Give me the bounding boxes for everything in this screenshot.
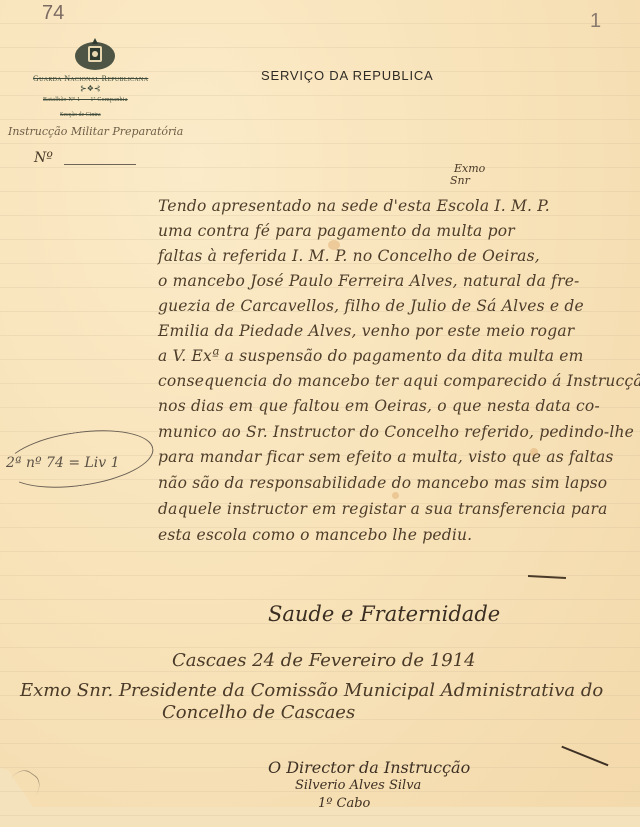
signature-title: O Director da Instrucção [268,758,470,777]
body-line: munico ao Sr. Instructor do Concelho ref… [158,423,634,441]
closing: Saude e Fraternidade [268,602,500,626]
letterhead-handwritten-override: Instrucção Militar Preparatória [8,125,183,138]
body-line: faltas à referida I. M. P. no Concelho d… [158,247,540,265]
body-line: consequencia do mancebo ter aqui compare… [158,372,640,390]
coat-of-arms-icon [72,36,118,74]
letterhead-organization: Guarda Nacional Republicana [33,74,148,83]
signature-name: Silverio Alves Silva [295,778,421,793]
body-line: daquele instructor em registar a sua tra… [158,500,608,518]
letterhead-ornament: ⊱❖⊰ [80,84,101,93]
body-line: uma contra fé para pagamento da multa po… [158,222,515,240]
body-line: esta escola como o mancebo lhe pediu. [158,526,472,544]
body-line: Emilia da Piedade Alves, venho por este … [158,322,574,340]
stain [392,492,399,499]
body-line: guezia de Carcavellos, filho de Julio de… [158,297,584,315]
body-line: não são da responsabilidade do mancebo m… [158,474,607,492]
letterhead-battalion: Batalhão Nº 1 — 1ª Companhia [43,97,128,103]
salutation-line: Snr [450,175,485,187]
number-label: Nº [34,150,53,166]
body-line: para mandar ficar sem efeito a multa, vi… [158,448,614,466]
body-line: a V. Exª a suspensão do pagamento da dit… [158,347,584,365]
body-line: Tendo apresentado na sede d'esta Escola … [158,197,550,215]
signature-rank: 1º Cabo [318,796,370,811]
archive-number: 74 [42,2,64,25]
addressee-line: Concelho de Cascaes [162,702,355,723]
page-heading: SERVIÇO DA REPUBLICA [261,68,434,83]
place-date: Cascaes 24 de Fevereiro de 1914 [172,650,476,671]
body-line: o mancebo José Paulo Ferreira Alves, nat… [158,272,580,290]
margin-note: 2ª nº 74 = Liv 1 [6,455,120,471]
page-number: 1 [590,10,601,33]
salutation: Exmo Snr [454,163,485,187]
body-line: nos dias em que faltou em Oeiras, o que … [158,397,600,415]
addressee-line: Exmo Snr. Presidente da Comissão Municip… [20,680,603,701]
letterhead-section: Secção de Cintra [60,112,101,118]
number-field-line [64,164,136,165]
